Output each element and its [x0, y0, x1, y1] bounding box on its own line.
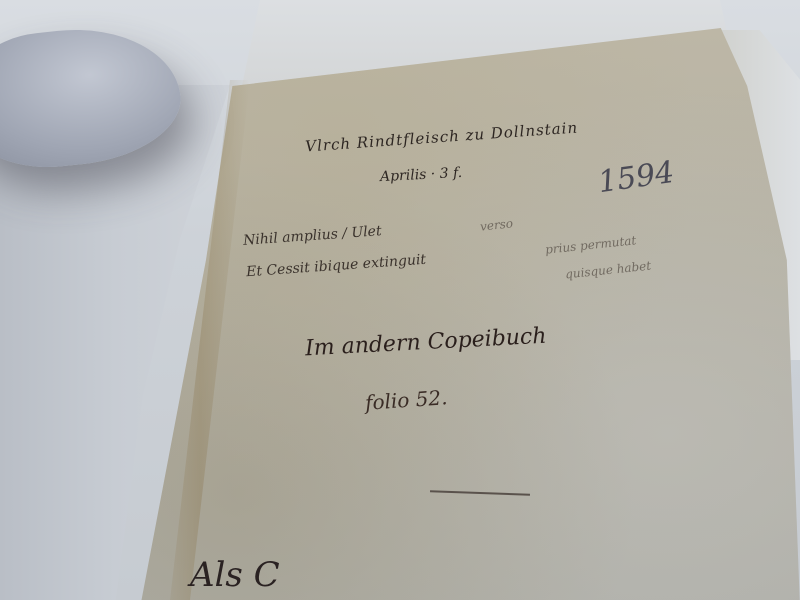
bottom-handwriting-fragment: Als C — [190, 555, 280, 595]
document-photo: Vlrch Rindtfleisch zu Dollnstain Aprilis… — [0, 0, 800, 600]
